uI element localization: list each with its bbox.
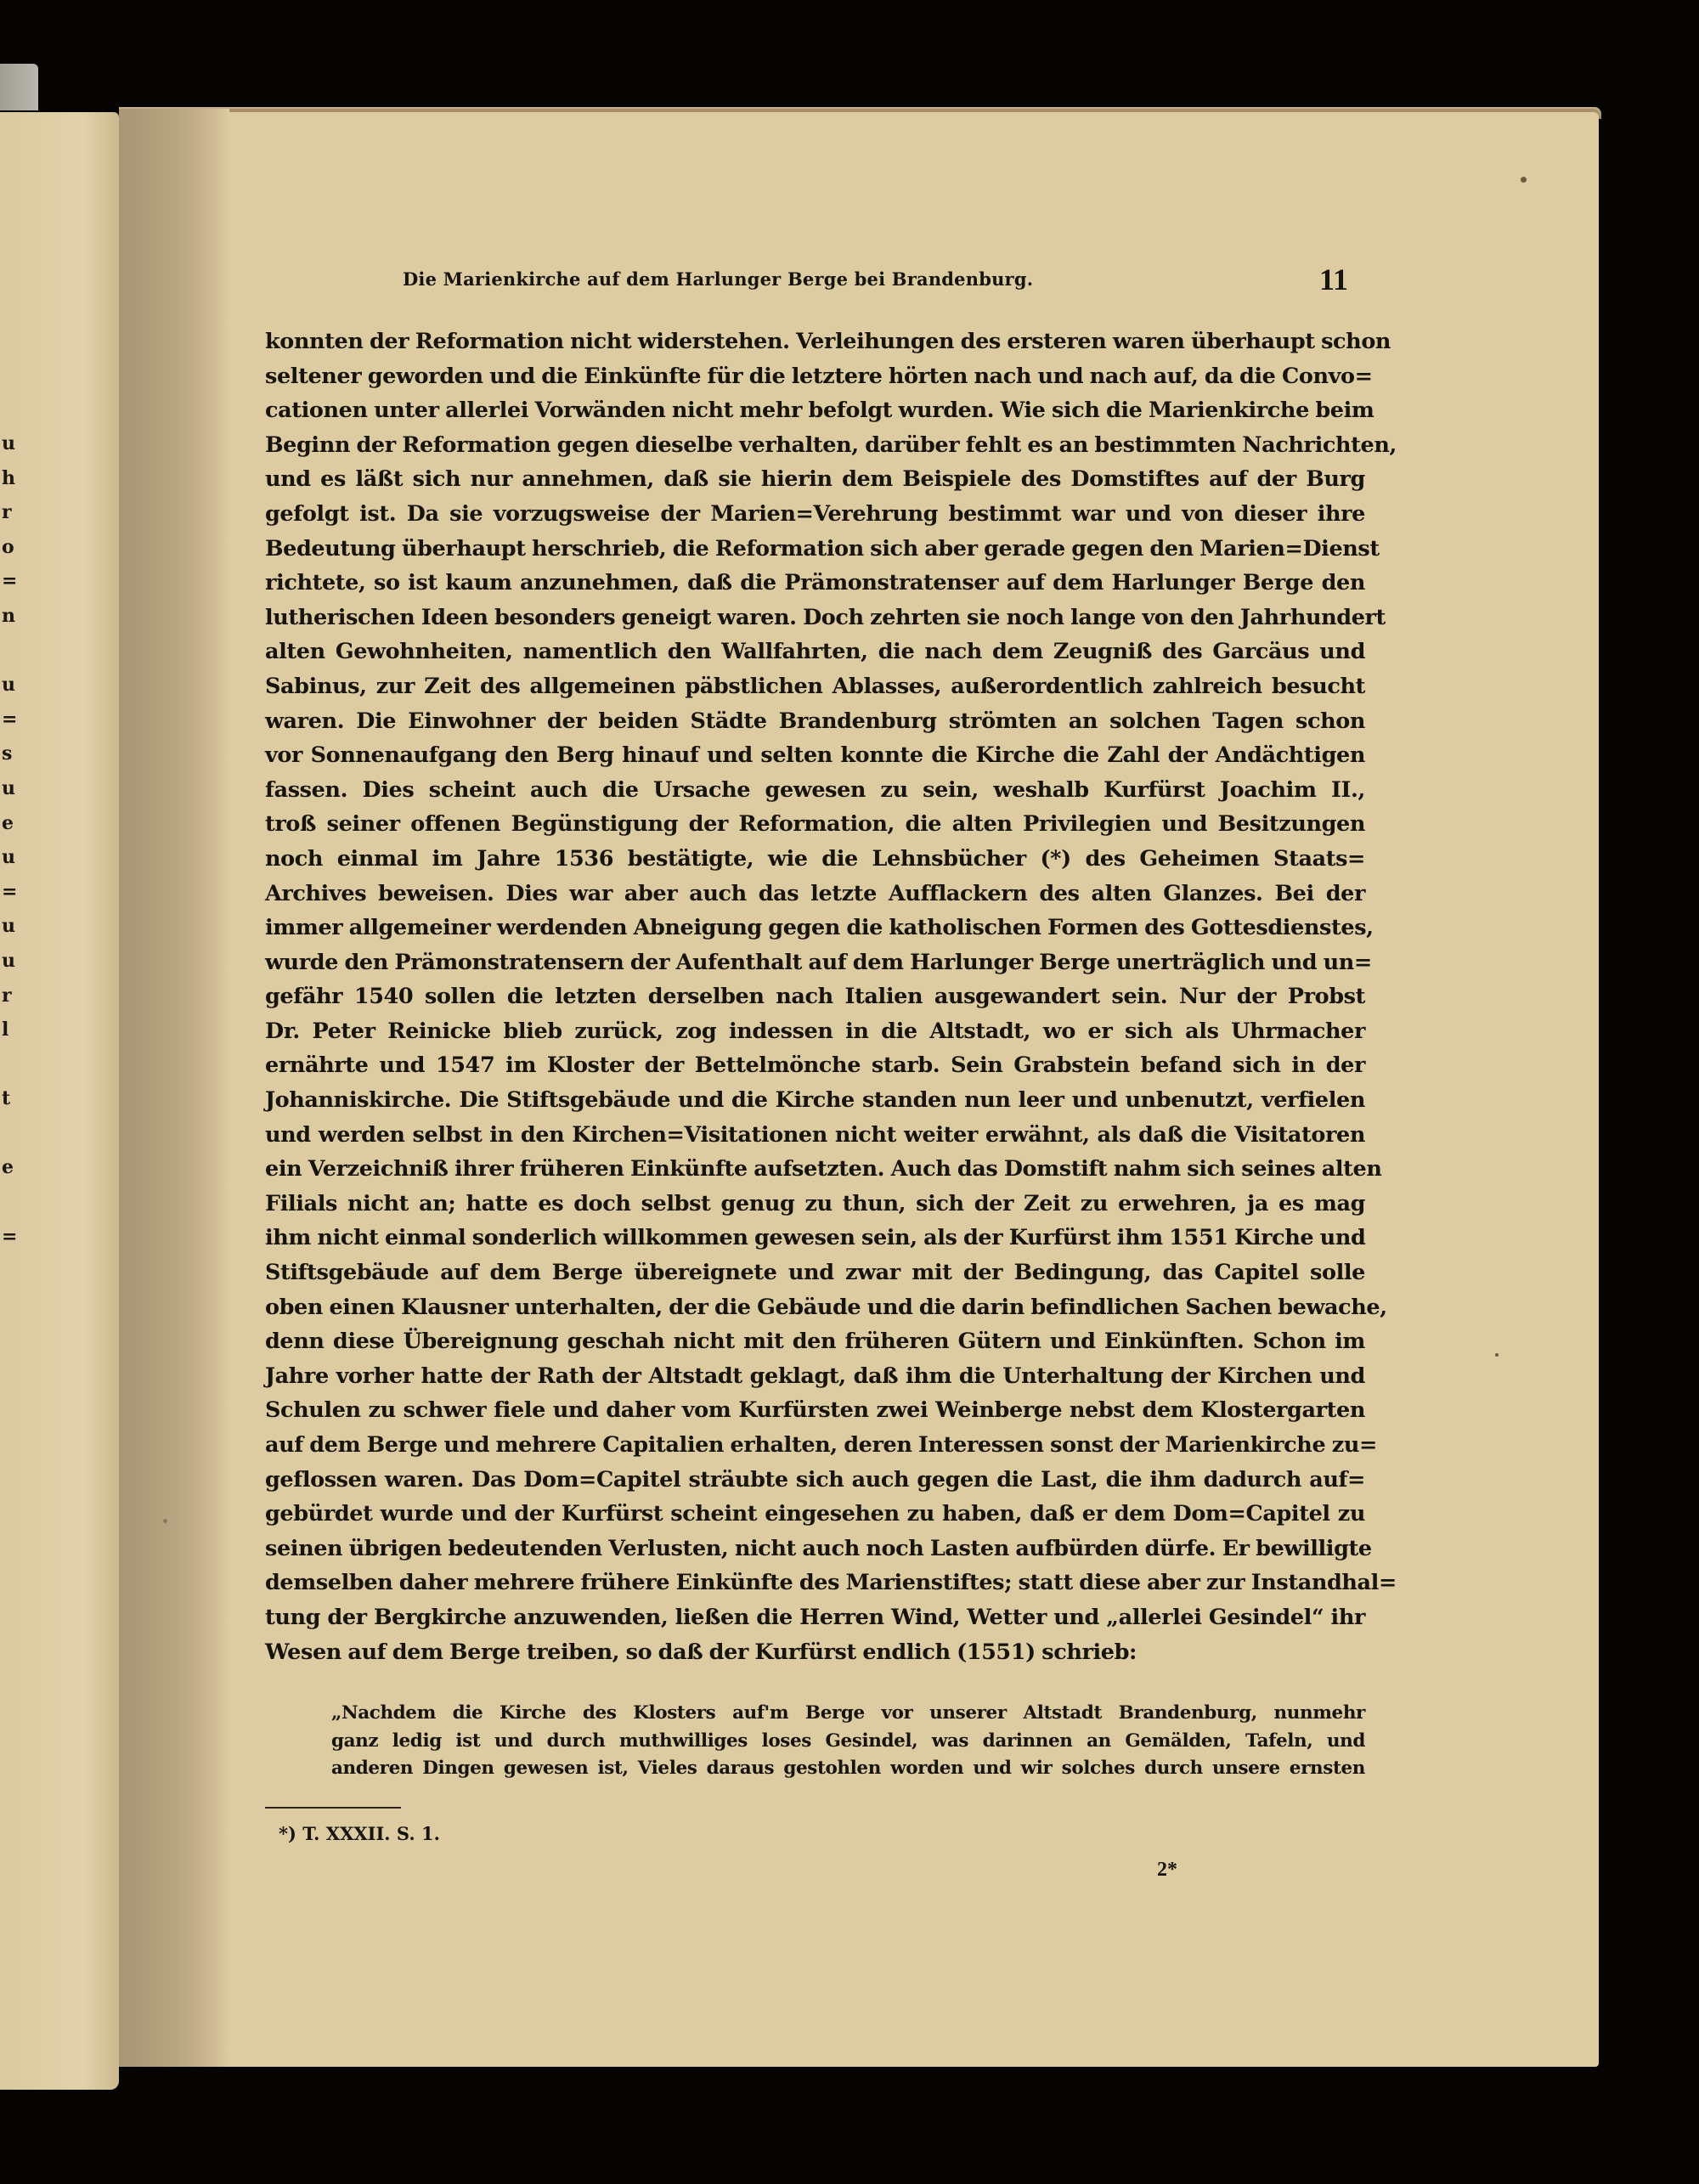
cut-letter	[2, 1047, 19, 1082]
text-line: cationen unter allerlei Vorwänden nicht …	[265, 393, 1365, 428]
text-line: gebürdet wurde und der Kurfürst scheint …	[265, 1497, 1365, 1532]
cut-letter: h	[2, 461, 19, 496]
text-line: Bedeutung überhaupt herschrieb, die Refo…	[265, 532, 1365, 567]
text-line: alten Gewohnheiten, namentlich den Wallf…	[265, 635, 1365, 669]
text-line: Schulen zu schwer fiele und daher vom Ku…	[265, 1393, 1365, 1428]
cut-letter: t	[2, 1081, 19, 1116]
text-line: immer allgemeiner werdenden Abneigung ge…	[265, 911, 1365, 945]
cut-letter: =	[2, 703, 19, 737]
text-line: und werden selbst in den Kirchen=Visitat…	[265, 1118, 1365, 1153]
cut-letter: u	[2, 771, 19, 806]
cut-letter	[2, 634, 19, 669]
right-page: Die Marienkirche auf dem Harlunger Berge…	[119, 109, 1599, 2067]
cut-letter: n	[2, 599, 19, 634]
book-scan: u h r o = n u = s u e u = u u r l t e =	[0, 0, 1699, 2184]
left-page-cut-letters: u h r o = n u = s u e u = u u r l t e =	[2, 426, 19, 1254]
cut-letter: e	[2, 1150, 19, 1185]
text-line: tung der Bergkirche anzuwenden, ließen d…	[265, 1600, 1365, 1635]
cut-letter: s	[2, 736, 19, 771]
cut-letter: u	[2, 909, 19, 944]
text-line: seltener geworden und die Einkünfte für …	[265, 359, 1365, 394]
cut-letter: =	[2, 875, 19, 910]
text-line: gefolgt ist. Da sie vorzugsweise der Mar…	[265, 497, 1365, 532]
block-quote: „Nachdem die Kirche des Klosters auf'm B…	[331, 1700, 1365, 1783]
cut-letter: r	[2, 495, 19, 530]
text-line: Dr. Peter Reinicke blieb zurück, zog ind…	[265, 1014, 1365, 1049]
cut-letter: u	[2, 668, 19, 703]
text-line: Archives beweisen. Dies war aber auch da…	[265, 877, 1365, 911]
text-line: richtete, so ist kaum anzunehmen, daß di…	[265, 566, 1365, 601]
text-line: demselben daher mehrere frühere Einkünft…	[265, 1566, 1365, 1600]
text-line: Jahre vorher hatte der Rath der Altstadt…	[265, 1359, 1365, 1394]
cut-letter	[2, 1116, 19, 1151]
text-line: troß seiner offenen Begünstigung der Ref…	[265, 807, 1365, 842]
paper-speck	[1521, 177, 1527, 183]
left-page-edge: u h r o = n u = s u e u = u u r l t e =	[0, 112, 119, 2090]
footnote-rule	[265, 1807, 401, 1809]
page-number: 11	[1319, 262, 1348, 297]
cut-letter: o	[2, 530, 19, 565]
binding-tuft	[0, 64, 38, 110]
cut-letter: u	[2, 944, 19, 979]
text-line: gefähr 1540 sollen die letzten derselben…	[265, 979, 1365, 1014]
footnote: *) T. XXXII. S. 1.	[279, 1823, 440, 1844]
text-line: vor Sonnenaufgang den Berg hinauf und se…	[265, 738, 1365, 773]
text-line: Sabinus, zur Zeit des allgemeinen päbstl…	[265, 669, 1365, 704]
cut-letter	[2, 1185, 19, 1220]
text-line: Filials nicht an; hatte es doch selbst g…	[265, 1187, 1365, 1222]
paper-speck	[1495, 1353, 1499, 1357]
quote-line: ganz ledig ist und durch muthwilliges lo…	[331, 1728, 1365, 1756]
text-line: seinen übrigen bedeutenden Verlusten, ni…	[265, 1532, 1365, 1566]
cut-letter: =	[2, 1220, 19, 1255]
text-line: fassen. Dies scheint auch die Ursache ge…	[265, 773, 1365, 808]
running-title: Die Marienkirche auf dem Harlunger Berge…	[403, 268, 1033, 290]
text-line: Johanniskirche. Die Stiftsgebäude und di…	[265, 1083, 1365, 1118]
text-line: Wesen auf dem Berge treiben, so daß der …	[265, 1635, 1365, 1670]
text-line: ihm nicht einmal sonderlich willkommen g…	[265, 1221, 1365, 1256]
cut-letter: u	[2, 426, 19, 461]
quote-line: „Nachdem die Kirche des Klosters auf'm B…	[331, 1700, 1365, 1728]
text-line: waren. Die Einwohner der beiden Städte B…	[265, 704, 1365, 739]
running-head: Die Marienkirche auf dem Harlunger Berge…	[265, 262, 1365, 296]
paper-speck	[163, 1519, 167, 1523]
cut-letter: r	[2, 979, 19, 1013]
text-line: oben einen Klausner unterhalten, der die…	[265, 1290, 1365, 1325]
cut-letter: u	[2, 840, 19, 875]
text-line: lutherischen Ideen besonders geneigt war…	[265, 601, 1365, 635]
text-line: noch einmal im Jahre 1536 bestätigte, wi…	[265, 842, 1365, 877]
text-line: denn diese Übereignung geschah nicht mit…	[265, 1324, 1365, 1359]
cut-letter: e	[2, 806, 19, 841]
text-line: konnten der Reformation nicht widerstehe…	[265, 324, 1365, 359]
signature-mark: 2*	[1157, 1859, 1177, 1882]
quote-line: anderen Dingen gewesen ist, Vieles darau…	[331, 1755, 1365, 1783]
cut-letter: =	[2, 564, 19, 599]
text-line: und es läßt sich nur annehmen, daß sie h…	[265, 462, 1365, 497]
body-text: konnten der Reformation nicht widerstehe…	[265, 324, 1365, 1669]
text-line: geflossen waren. Das Dom=Capitel sträubt…	[265, 1463, 1365, 1498]
text-line: wurde den Prämonstratensern der Aufentha…	[265, 945, 1365, 980]
text-line: ernährte und 1547 im Kloster der Bettelm…	[265, 1048, 1365, 1083]
cut-letter: l	[2, 1013, 19, 1047]
text-line: auf dem Berge und mehrere Capitalien erh…	[265, 1428, 1365, 1463]
text-line: Stiftsgebäude auf dem Berge übereignete …	[265, 1256, 1365, 1290]
text-line: Beginn der Reformation gegen dieselbe ve…	[265, 428, 1365, 463]
gutter-shadow	[119, 109, 229, 2067]
text-line: ein Verzeichniß ihrer früheren Einkünfte…	[265, 1152, 1365, 1187]
